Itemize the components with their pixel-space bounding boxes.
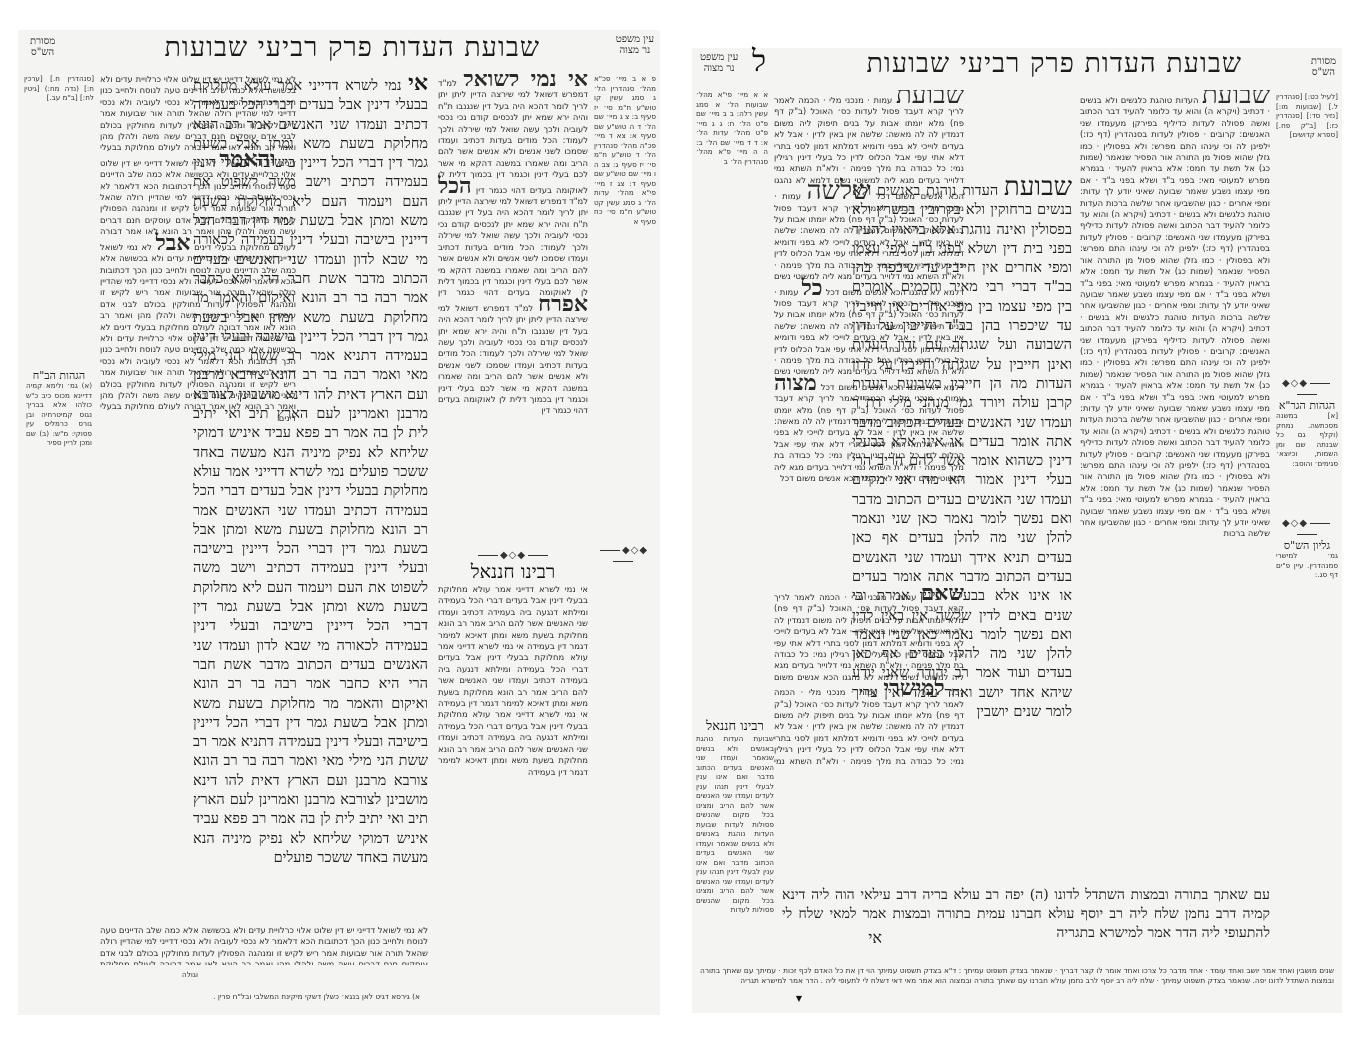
masoret-label: מסורת הש"ס (1311, 56, 1336, 78)
rashi-body-cont: העדות טוהגת כלגשים ולא בנשים · דכתיב (וי… (1080, 198, 1270, 322)
rashi-body-cont: העדות טוהגת כלגשים ולא בנשים · דכתיב (וי… (1080, 414, 1270, 538)
page-mark: ▼ (796, 994, 802, 1003)
rabbenu-chananel-body-cont: שבועת העדות נוהגת באנשים ולא בנשים שנאמר… (696, 820, 774, 915)
rabbenu-chananel-title: רבינו חננאל (438, 561, 588, 584)
gilyon-hashas-box: ◆◇◆ גליון הש"ס גמ׳ למישרי סמנהדרין. עיין… (1276, 518, 1338, 591)
masoret-column: [סנהדרין ח.] [ערכין ח:] (נדה מח:) [גיטין… (24, 74, 94, 364)
tosafot-body-cont: לא נמי לשואל דדייני יש דין שלוט אלוי כרל… (100, 322, 296, 423)
page-title: שבועת העדות פרק רביעי שבועות (866, 48, 1242, 79)
commentary-dibbur: הכל (438, 173, 472, 199)
tosafot-body-cont: עמות · מנכני מלי · הכמה לאמר לריך קרא דע… (774, 687, 964, 768)
hagahot-text: [א] במשנה מסכתשה. נמחק (וקלף גם כל שבנתה… (1276, 411, 1338, 471)
ein-mishpat-column: פ א ב מיי׳ פכ"א מהל׳ סנהדרין הל׳ ג סמג ע… (594, 74, 656, 544)
rabbenu-chananel-box: ◆◇◆ (590, 545, 656, 567)
catchword: וגולה (138, 970, 198, 980)
ornament-divider: ◆◇◆ (438, 550, 588, 561)
rashi-body-cont: העדות טוהגת כלגשים ולא בנשים · דכתיב (וי… (1080, 312, 1270, 425)
ornament-divider: ◆◇◆ (590, 545, 656, 567)
ornament-divider: ◆◇◆ (1276, 518, 1338, 540)
hagahot-text: (א) גמ׳ ולימא קמיה דדיינא מכוס כיב כ"ש כ… (26, 381, 92, 501)
rabbenu-chananel-body-cont: אי נמי לשרא דדייני אמר עולא מחלוקת בבעלי… (438, 641, 588, 708)
footer-ein-yaakov: שנים מושבין ואחד אמר יושב ואחד עומד · אח… (700, 966, 1334, 994)
bottom-text: לא נמי לשואל דדייני יש דין שלוט אלוי כרל… (100, 925, 428, 965)
ein-mishpat-entries: פ א ב מיי׳ פכ"א מהל׳ סנהדרין הל׳ ג סמג ע… (594, 74, 656, 226)
rabbenu-chananel-body: שבועת העדות נוהגת באנשים ולא בנשים שנאמר… (696, 734, 774, 829)
folio-number: ל (752, 44, 766, 79)
left-page: עין משפט נר מצוה שבועת העדות פרק רביעי ש… (18, 30, 660, 1015)
rabbenu-chananel-body-cont: אי נמי לשרא דדייני אמר עולא מחלוקת בבעלי… (438, 709, 588, 776)
main-opening-word: שבועת (1004, 178, 1072, 202)
ein-mishpat-label: עין משפט נר מצוה (616, 34, 654, 56)
rabbenu-chananel-title: רבינו חננאל (696, 718, 774, 734)
left-page-header: עין משפט נר מצוה שבועת העדות פרק רביעי ש… (18, 30, 660, 72)
gilyon-text: גמ׳ למישרי סמנהדרין. עיין פ"ים דף סג.: (1276, 551, 1338, 591)
gilyon-title: גליון הש"ס (1276, 540, 1338, 551)
tosafot-dibbur: אבל (155, 230, 190, 256)
rabbenu-chananel-box: רבינו חננאל שבועת העדות נוהגת באנשים ולא… (696, 718, 774, 944)
tosafot-body-cont: לא נמי לשואל דדייני יש דין שלוט אלוי כרל… (100, 242, 296, 332)
ein-mishpat-column: א א מיי׳ פי"א מהל׳ שבועות הל׳ א סמג עשין… (696, 90, 768, 590)
hagahot-title: הגהות הב"ח (26, 370, 92, 381)
footer-note: א) גירסא דגיט לאן בנגא׳ כשלן דשקי מיקינח… (158, 992, 420, 1002)
tosafot-body-cont: עמות · מנכני מלי · הכמה לאמר לריך קרא דע… (774, 393, 964, 483)
rabbenu-chananel-text: שבועת העדות נוהגת באנשים ולא בנשים שנאמר… (696, 734, 774, 944)
masoret-label: מסורת הש"ס (30, 36, 55, 58)
catchword: אי (842, 928, 882, 950)
tosafot-body-cont: לא נמי לשואל דדייני יש דין שלוט אלוי כרל… (100, 158, 296, 252)
tosafot-column-lower: שאם עמות · מנכני מלי · הכמה לאמר לריך קר… (774, 588, 964, 768)
tosafot-dibbur-kol: כל (802, 275, 823, 301)
bottom-body: לא נמי לשואל דדייני יש דין שלוט אלוי כרל… (100, 925, 428, 965)
rashi-body: העדות טוהגת כלגשים ולא בנשים · דכתיב (וי… (1080, 95, 1270, 208)
hagahot-body: (א) גמ׳ ולימא קמיה דדיינא מכוס כיב כ"ש כ… (26, 381, 92, 447)
page-title: שבועת העדות פרק רביעי שבועות (164, 32, 540, 63)
commentary-text-cont: למ"ד דמפרש דשואל למי שירצה הדיין ליתן ית… (438, 303, 588, 416)
tosafot-dibbur-mitzvah: מצוה (774, 370, 817, 396)
masoret-entries: [סנהדרין ח.] [ערכין ח:] (נדה מח:) [גיטין… (24, 74, 94, 102)
commentary-dibbur: אפרח (538, 291, 588, 317)
tosafot-dibbur-lemishrei: למישרי (883, 675, 944, 701)
ornament-divider: ◆◇◆ (1276, 378, 1338, 400)
masoret-column: [לעיל כט:] [סנהדרין ל.] [שבועות מו:] [נז… (1276, 92, 1338, 272)
rabbenu-chananel-column: ◆◇◆ רבינו חננאל אי נמי לשרא דדייני אמר ע… (438, 550, 588, 990)
commentary-right-column: אי נמי לשואל למ"ד דמפרש דשואל למי שירצה … (438, 74, 588, 544)
rashi-column: שבועת העדות טוהגת כלגשים ולא בנשים · דכת… (1080, 90, 1270, 880)
hagahot-habach-box: הגהות הב"ח (א) גמ׳ ולימא קמיה דדיינא מכו… (26, 370, 92, 501)
commentary-text-cont: למ"ד דמפרש דשואל למי שירצה הדיין ליתן ית… (438, 196, 588, 297)
right-page: מסורת הש"ס שבועת העדות פרק רביעי שבועות … (692, 48, 1342, 1013)
main-opening-word: אי (408, 74, 428, 96)
hagahot-hagra-box: ◆◇◆ הגהות הגר"א [א] במשנה מסכתשה. נמחק (… (1276, 378, 1338, 471)
ein-mishpat-entries: א א מיי׳ פי"א מהל׳ שבועות הל׳ א סמג עשין… (696, 90, 768, 166)
masoret-entries: [לעיל כט:] [סנהדרין ל.] [שבועות מו:] [נז… (1276, 92, 1338, 139)
tosafot-column: לא נמי לשואל דדייני יש דין שלוט אלוי כרל… (100, 74, 296, 919)
hagahot-title: הגהות הגר"א (1276, 400, 1338, 411)
rabbenu-chananel-text: אי נמי לשרא דדייני אמר עולא מחלוקת בבעלי… (438, 584, 588, 984)
ein-mishpat-label: עין משפט נר מצוה (700, 52, 738, 74)
right-page-header: מסורת הש"ס שבועת העדות פרק רביעי שבועות … (692, 48, 1342, 90)
tosafot-dibbur: והאמר (219, 146, 275, 172)
hagahot-body: [א] במשנה מסכתשה. נמחק (וקלף גם כל שבנתה… (1276, 411, 1338, 468)
gilyon-body: גמ׳ למישרי סמנהדרין. עיין פ"ים דף סג.: (1276, 551, 1338, 579)
tosafot-column: שבועת עמות · מנכני מלי · הכמה לאמר לריך … (774, 90, 964, 530)
